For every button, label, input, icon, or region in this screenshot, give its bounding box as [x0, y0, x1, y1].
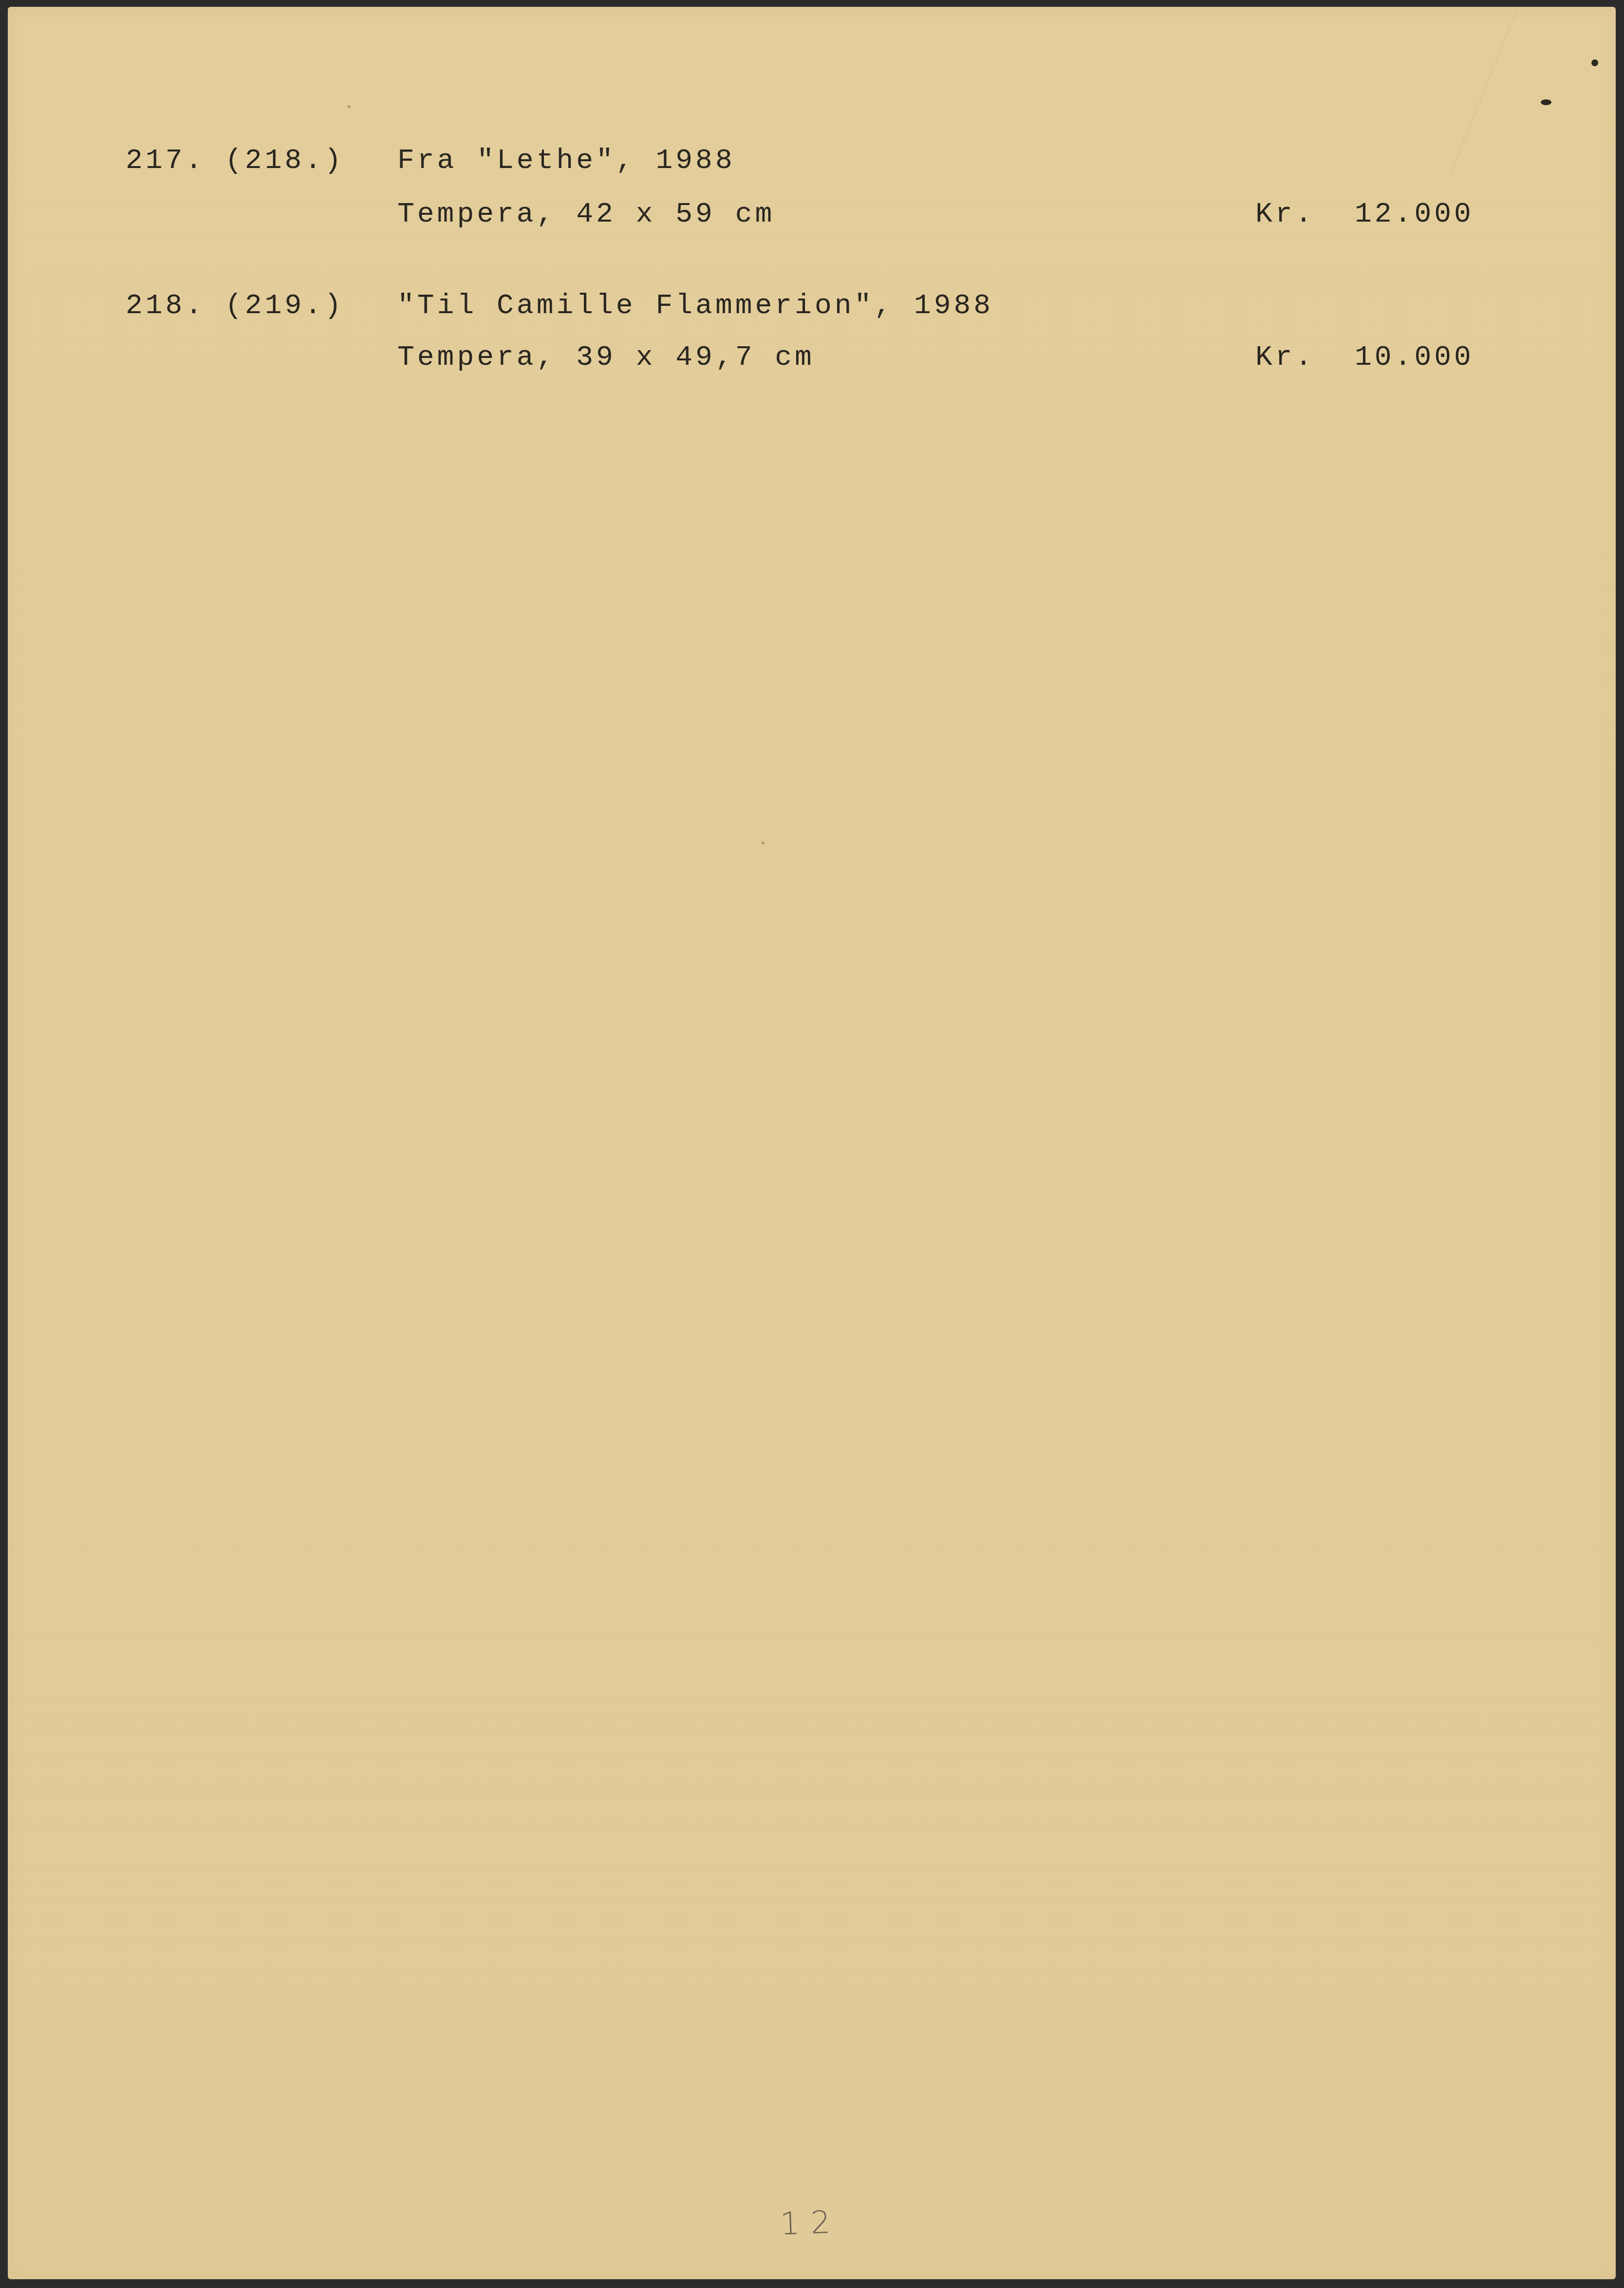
price-value: 10.000 [1355, 344, 1474, 372]
corner-fold-crease [1451, 7, 1587, 172]
punch-hole-mark [1591, 59, 1598, 66]
entry-number: 217. (218.) [126, 147, 344, 175]
entry-title: "Til Camille Flammerion", 1988 [397, 292, 993, 320]
paper-speck [762, 842, 765, 844]
price-value: 12.000 [1355, 201, 1474, 229]
entry-number: 218. (219.) [126, 292, 344, 320]
entry-title: Fra "Lethe", 1988 [397, 147, 735, 175]
handwritten-page-number: 12 [780, 2204, 842, 2242]
entry-medium: Tempera, 42 x 59 cm [397, 201, 775, 229]
entry-medium: Tempera, 39 x 49,7 cm [397, 344, 815, 372]
price-currency: Kr. [1255, 344, 1315, 372]
price-currency: Kr. [1255, 201, 1315, 229]
paper-speck [348, 105, 351, 108]
punch-hole-mark [1541, 99, 1551, 105]
